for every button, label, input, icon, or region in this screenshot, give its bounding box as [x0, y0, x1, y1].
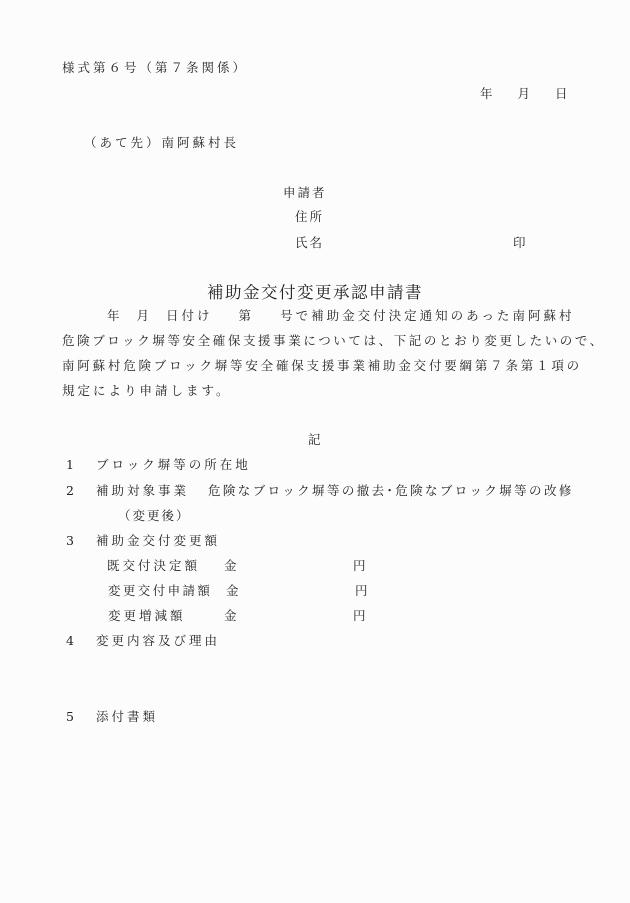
amount-row-unit: 円 [353, 610, 366, 623]
item-2-number: 2 [66, 485, 96, 498]
date-month: 月 [517, 86, 530, 101]
amount-row-prefix: 金 [224, 560, 237, 573]
form-number: 様式第６号（第７条関係） [62, 62, 248, 75]
amount-row-prefix: 金 [224, 610, 237, 623]
amount-row-label: 変更交付申請額 [108, 585, 212, 598]
applicant-address-label: 住所 [295, 211, 324, 224]
amount-row-label: 既交付決定額 [107, 560, 200, 573]
amount-row-unit: 円 [355, 585, 368, 598]
amount-row-prefix: 金 [226, 585, 239, 598]
item-5-label: 添付書類 [96, 709, 158, 724]
applicant-name-label: 氏名 [295, 237, 324, 250]
body-line-1: 年月日付け第号で補助金交付決定通知のあった南阿蘇村 [107, 310, 574, 323]
item-5-number: 5 [66, 711, 96, 724]
item-1-number: 1 [66, 459, 96, 472]
document-title: 補助金交付変更承認申請書 [207, 285, 423, 302]
item-3-number: 3 [66, 535, 96, 548]
item-4-number: 4 [66, 635, 96, 648]
item-2: 2補助対象事業 [66, 485, 189, 498]
item-4-label: 変更内容及び理由 [96, 633, 220, 648]
amount-row-label: 変更増減額 [108, 610, 186, 623]
amount-row-unit: 円 [353, 560, 366, 573]
applicant-label: 申請者 [283, 187, 327, 200]
date-year: 年 [480, 86, 493, 101]
body-line-4: 規定により申請します。 [62, 385, 232, 398]
body-line-3: 南阿蘇村危険ブロック塀等安全確保支援事業補助金交付要綱第７条第１項の [62, 360, 582, 373]
item-2-value: 危険なブロック塀等の撤去･危険なブロック塀等の改修 [208, 485, 574, 498]
item-3: 3補助金交付変更額 [66, 535, 220, 548]
item-3-label: 補助金交付変更額 [96, 533, 220, 548]
date-line: 年 月 日 [480, 88, 567, 101]
item-1: 1ブロック塀等の所在地 [66, 459, 251, 472]
item-2-sub-label: （変更後） [118, 510, 191, 523]
seal-mark: 印 [513, 237, 526, 250]
body-line-2: 危険ブロック塀等安全確保支援事業については、下記のとおり変更したいので、 [62, 335, 605, 348]
date-day: 日 [555, 86, 568, 101]
note-heading: 記 [308, 434, 321, 447]
item-4: 4変更内容及び理由 [66, 635, 220, 648]
item-2-label: 補助対象事業 [96, 483, 189, 498]
item-1-label: ブロック塀等の所在地 [96, 457, 251, 472]
item-5: 5添付書類 [66, 711, 158, 724]
addressee: （あて先）南阿蘇村長 [84, 137, 239, 150]
